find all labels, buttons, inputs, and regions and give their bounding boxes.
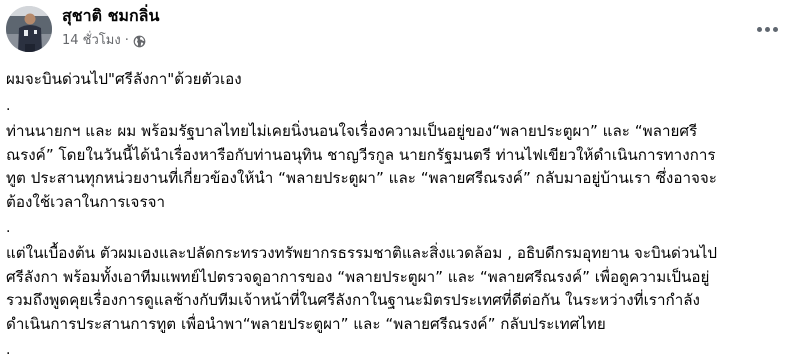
- globe-icon[interactable]: [133, 35, 146, 48]
- paragraph-2-line-3: ทูต ประสานทุกหน่วยงานที่เกี่ยวข้องให้นำ …: [6, 167, 796, 191]
- author-name[interactable]: สุชาติ ชมกลิ่น: [62, 4, 159, 28]
- meta-separator: ·: [125, 31, 129, 51]
- paragraph-2-line-4: ต้องใช้เวลาในการเจรจา: [6, 191, 796, 215]
- more-dot-icon: [757, 27, 762, 32]
- more-options-button[interactable]: [752, 18, 782, 40]
- paragraph-3-line-3: รวมถึงพูดคุยเรื่องการดูแลช้างกับทีมเจ้าห…: [6, 289, 796, 313]
- paragraph-3-line-1: แต่ในเบื้องต้น ตัวผมเองและปลัดกระทรวงทรั…: [6, 242, 796, 266]
- paragraph-2-line-1: ท่านนายกฯ และ ผม พร้อมรัฐบาลไทยไม่เคยนิ่…: [6, 120, 796, 144]
- post-body: ผมจะบินด่วนไป"ศรีลังกา"ด้วยตัวเอง . ท่าน…: [6, 66, 796, 364]
- author-avatar[interactable]: [6, 6, 52, 52]
- more-dot-icon: [765, 27, 770, 32]
- separator-dot: .: [6, 214, 796, 242]
- post-meta: 14 ชั่วโมง ·: [62, 31, 146, 51]
- paragraph-2-line-2: ณรงค์” โดยในวันนี้ได้นำเรื่องหารือกับท่า…: [6, 144, 796, 168]
- more-dot-icon: [773, 27, 778, 32]
- post-header: สุชาติ ชมกลิ่น 14 ชั่วโมง ·: [0, 0, 800, 62]
- separator-dot: .: [6, 336, 796, 364]
- paragraph-3-line-4: ดำเนินการประสานการทูต เพื่อนำพา“พลายประต…: [6, 313, 796, 337]
- paragraph-3-line-2: ศรีลังกา พร้อมทั้งเอาทีมแพทย์ไปตรวจดูอาก…: [6, 266, 796, 290]
- separator-dot: .: [6, 92, 796, 120]
- post-timestamp[interactable]: 14 ชั่วโมง: [62, 31, 121, 51]
- avatar-photo-icon: [6, 6, 52, 52]
- post-headline: ผมจะบินด่วนไป"ศรีลังกา"ด้วยตัวเอง: [6, 66, 796, 92]
